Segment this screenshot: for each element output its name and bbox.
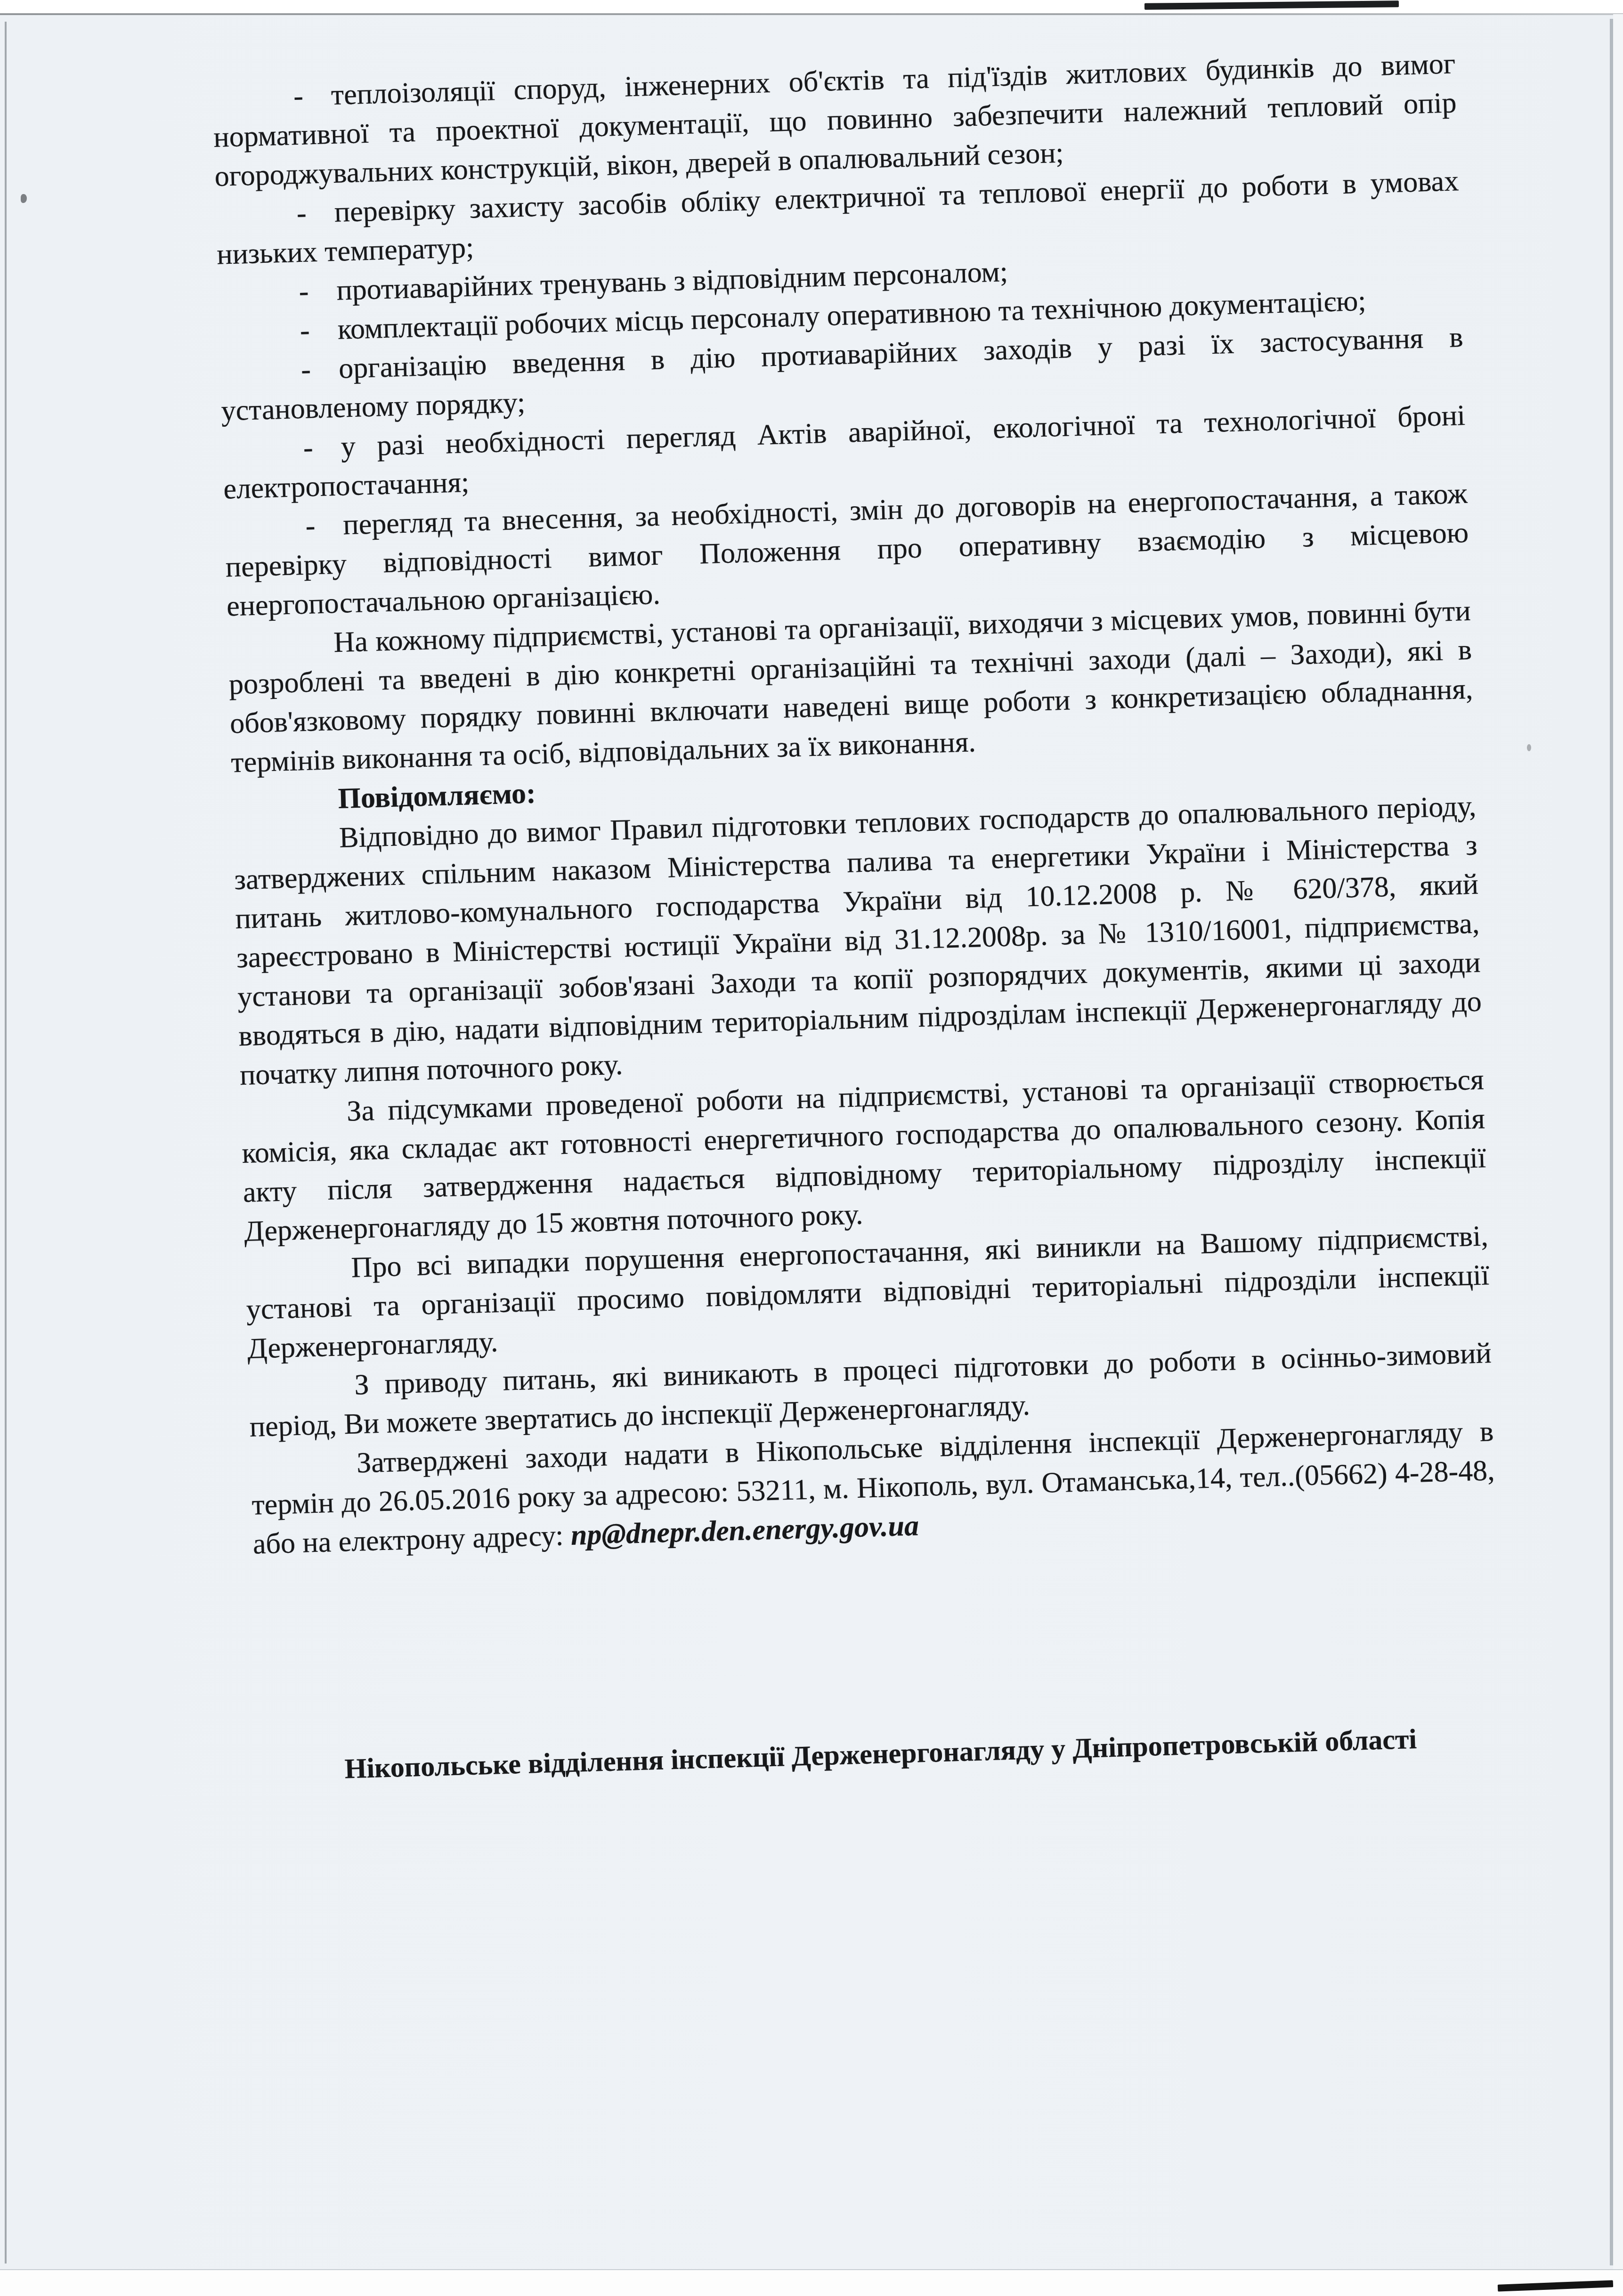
list-dash: - — [299, 271, 337, 311]
scan-edge-top — [0, 13, 1623, 15]
scan-margin-right — [1613, 14, 1623, 2269]
letter-body: -теплоізоляції споруд, інженерних об'єкт… — [212, 44, 1502, 1790]
scan-speck — [1527, 744, 1531, 751]
email-address: np@dnepr.den.energy.gov.ua — [570, 1509, 919, 1551]
paragraph-rules-reference: Відповідно до вимог Правил підготовки те… — [233, 787, 1483, 1095]
scan-margin-bottom — [0, 2270, 1623, 2296]
list-dash: - — [296, 193, 335, 233]
list-dash: - — [293, 76, 332, 116]
scan-streak-top — [1144, 0, 1399, 10]
scanned-letter-page: -теплоізоляції споруд, інженерних об'єкт… — [0, 0, 1623, 2296]
list-dash: - — [300, 349, 339, 389]
scan-edge-left — [5, 22, 7, 2264]
scan-edge-right — [1610, 19, 1613, 2265]
list-dash: - — [303, 428, 341, 468]
list-dash: - — [300, 310, 338, 350]
list-dash: - — [305, 506, 343, 546]
